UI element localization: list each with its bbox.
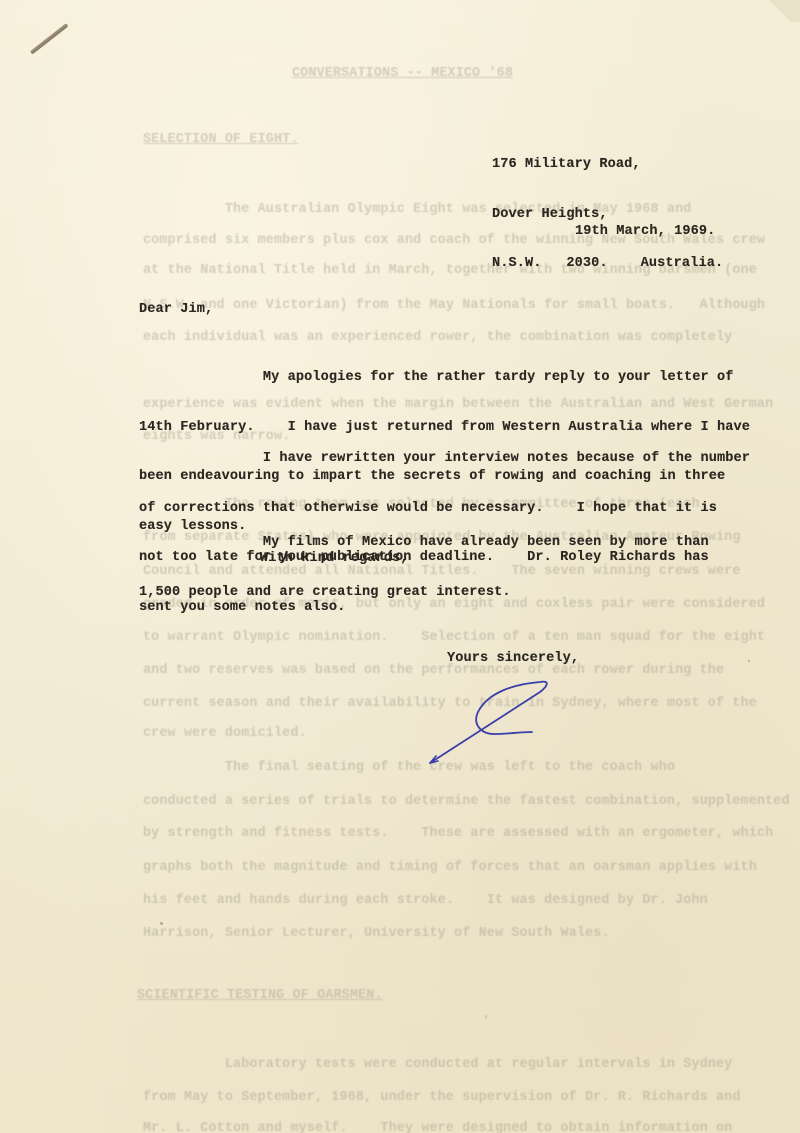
ghost-line: from May to September, 1968, under the s…: [143, 1090, 741, 1105]
folded-corner: [760, 0, 800, 22]
ghost-line: Mr. L. Cotton and myself. They were desi…: [143, 1121, 732, 1133]
ghost-line: crew were domiciled.: [143, 726, 307, 741]
ghost-line: by strength and fitness tests. These are…: [143, 826, 773, 841]
ghost-line: graphs both the magnitude and timing of …: [143, 860, 757, 875]
sender-address: 176 Military Road, Dover Heights, N.S.W.…: [492, 124, 723, 306]
text-line: My apologies for the rather tardy reply …: [139, 370, 750, 387]
ghost-line: The final seating of the crew was left t…: [143, 760, 675, 775]
valediction: Yours sincerely,: [447, 651, 579, 668]
ghost-line: conducted a series of trials to determin…: [143, 794, 790, 809]
letter-date: 19th March, 1969.: [575, 224, 715, 241]
text-line: My films of Mexico have already been see…: [139, 535, 709, 552]
paper-speck: [485, 1015, 487, 1019]
paper-speck: [748, 660, 750, 662]
text-line: 1,500 people and are creating great inte…: [139, 585, 709, 602]
body-paragraph-3: My films of Mexico have already been see…: [139, 502, 709, 634]
closing-regards: With kind regards,: [260, 551, 409, 568]
text-line: I have rewritten your interview notes be…: [139, 451, 750, 468]
ghost-section-heading: SCIENTIFIC TESTING OF OARSMEN.: [137, 988, 383, 1003]
address-line: 176 Military Road,: [492, 157, 723, 174]
address-line: Dover Heights,: [492, 207, 723, 224]
paper-speck: [160, 922, 163, 925]
ghost-line: his feet and hands during each stroke. I…: [143, 893, 708, 908]
address-line: N.S.W. 2030. Australia.: [492, 256, 723, 273]
ghost-section-heading: SELECTION OF EIGHT.: [143, 132, 299, 147]
letter-page: CONVERSATIONS -- MEXICO '68 SELECTION OF…: [0, 0, 800, 1133]
ghost-line: Harrison, Senior Lecturer, University of…: [143, 926, 610, 941]
staple-mark: [30, 23, 69, 54]
ghost-line: Laboratory tests were conducted at regul…: [143, 1057, 732, 1072]
ghost-heading: CONVERSATIONS -- MEXICO '68: [292, 66, 513, 81]
salutation: Dear Jim,: [139, 302, 213, 319]
handwritten-signature: [420, 670, 570, 770]
